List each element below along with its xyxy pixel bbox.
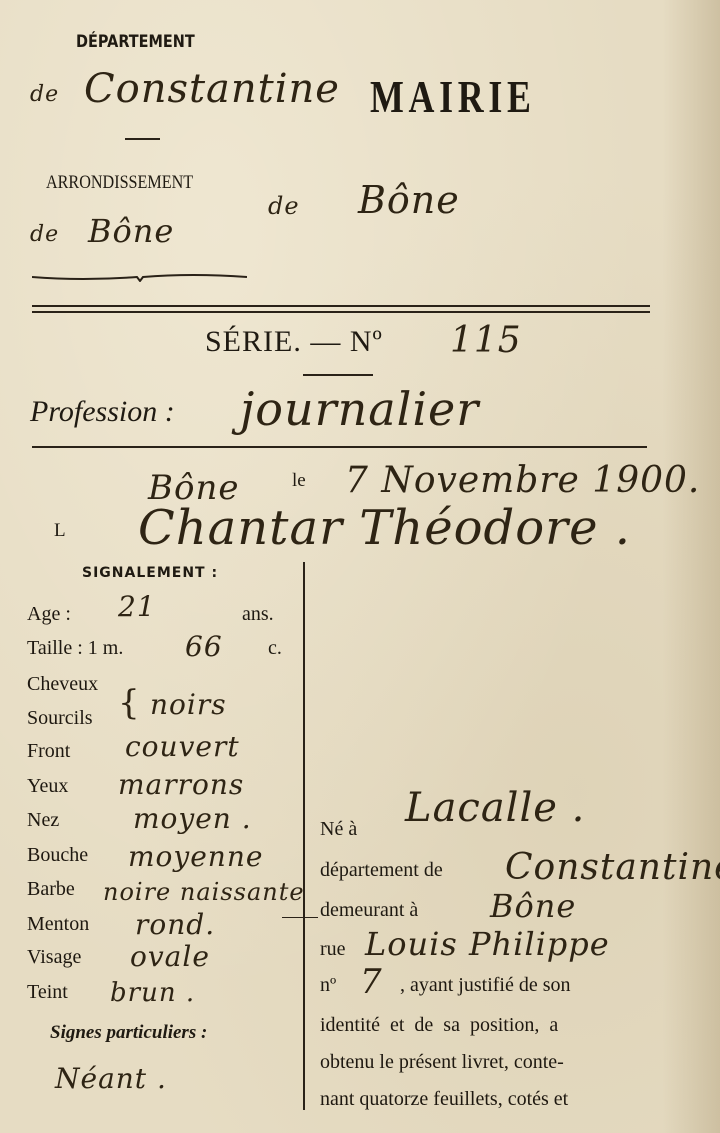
departement-label: DÉPARTEMENT (76, 32, 195, 52)
signes-particuliers-label: Signes particuliers : (50, 1022, 207, 1044)
serie-label: SÉRIE. — Nº (205, 325, 383, 359)
barbe-label: Barbe (27, 878, 75, 901)
demeurant-value: Bône (490, 887, 576, 925)
demeurant-label: demeurant à (320, 899, 418, 922)
body-text-line: , ayant justifié de son (400, 974, 571, 997)
taille-value: 66 (185, 630, 223, 663)
issue-le-label: le (292, 470, 306, 492)
taille-label: Taille : 1 m. (27, 637, 123, 660)
birth-departement-value: Constantine (505, 847, 720, 888)
body-text-line: identité et de sa position, a (320, 1014, 558, 1037)
numero-value: 7 (360, 962, 383, 1002)
departement-prefix: de (30, 82, 59, 107)
ne-a-label: Né à (320, 818, 357, 841)
holder-name: Chantar Théodore . (138, 500, 631, 556)
taille-unit: c. (268, 637, 282, 660)
nez-label: Nez (27, 809, 59, 832)
barbe-value: noire naissante (103, 878, 305, 906)
front-value: couvert (125, 730, 240, 763)
profession-label: Profession : (30, 395, 175, 429)
birth-departement-label: département de (320, 859, 443, 882)
age-value: 21 (118, 590, 156, 623)
arrondissement-prefix: de (30, 222, 59, 247)
double-rule-top (32, 305, 650, 307)
issue-date: 7 Novembre 1900. (345, 460, 700, 501)
body-text-line: obtenu le présent livret, conte- (320, 1051, 564, 1074)
mairie-value: Bône (358, 178, 460, 222)
signalement-title: SIGNALEMENT : (82, 565, 218, 581)
ne-a-value: Lacalle . (405, 785, 585, 831)
departement-value: Constantine (84, 66, 340, 112)
body-text-line: nant quatorze feuillets, cotés et (320, 1088, 568, 1111)
ornamental-swash-rule (32, 272, 247, 282)
bouche-value: moyenne (128, 840, 263, 873)
front-label: Front (27, 740, 70, 763)
double-rule-bottom (32, 311, 650, 313)
profession-rule (32, 446, 647, 448)
arrondissement-value: Bône (88, 212, 174, 250)
visage-label: Visage (27, 946, 81, 969)
menton-value: rond. (135, 908, 215, 941)
age-label: Age : (27, 603, 71, 626)
age-unit: ans. (242, 603, 274, 626)
rue-value: Louis Philippe (365, 925, 610, 963)
signes-particuliers-value: Néant . (55, 1062, 167, 1095)
teint-label: Teint (27, 981, 68, 1004)
cheveux-label: Cheveux (27, 673, 98, 696)
teint-value: brun . (110, 978, 195, 1008)
divider-dash (303, 374, 373, 376)
yeux-value: marrons (118, 768, 244, 801)
divider-dash (125, 138, 160, 140)
holder-prefix: L (54, 520, 66, 542)
column-divider (303, 562, 305, 1110)
brace-icon: { (118, 683, 140, 723)
menton-label: Menton (27, 913, 89, 936)
mairie-prefix: de (268, 192, 300, 220)
nez-value: moyen . (133, 802, 252, 835)
profession-value: journalier (240, 382, 479, 436)
yeux-label: Yeux (27, 775, 68, 798)
rue-label: rue (320, 938, 346, 961)
mairie-title: MAIRIE (370, 70, 536, 123)
bouche-label: Bouche (27, 844, 88, 867)
cheveux-sourcils-value: noirs (150, 688, 227, 721)
arrondissement-label: ARRONDISSEMENT (46, 172, 193, 194)
serie-number: 115 (450, 320, 522, 361)
sourcils-label: Sourcils (27, 707, 93, 730)
numero-label: nº (320, 974, 336, 997)
connector-tick (282, 917, 318, 918)
visage-value: ovale (130, 940, 210, 973)
